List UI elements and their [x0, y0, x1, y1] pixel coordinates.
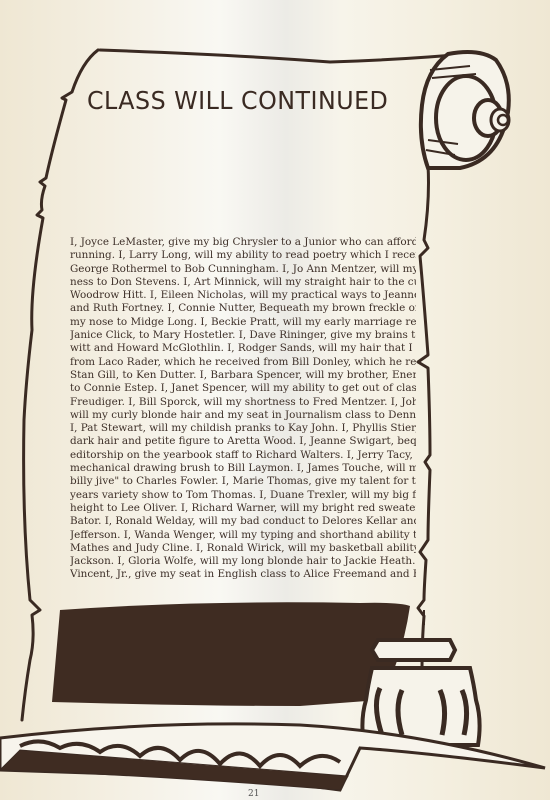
- body-line: dark hair and petite figure to Aretta Wo…: [70, 435, 416, 448]
- body-line: and Ruth Fortney. I, Connie Nutter, Bequ…: [70, 302, 416, 315]
- body-line: I, Joyce LeMaster, give my big Chrysler …: [70, 236, 416, 249]
- body-line: mechanical drawing brush to Bill Laymon.…: [70, 462, 416, 475]
- body-line: running. I, Larry Long, will my ability …: [70, 249, 416, 262]
- scroll-top-edge: [100, 50, 478, 62]
- body-line: my nose to Midge Long. I, Beckie Pratt, …: [70, 316, 416, 329]
- body-line: from Laco Rader, which he received from …: [70, 356, 416, 369]
- body-line: Woodrow Hitt. I, Eileen Nicholas, will m…: [70, 289, 416, 302]
- scroll-roller-icon: [421, 52, 509, 168]
- body-line: Jackson. I, Gloria Wolfe, will my long b…: [70, 555, 416, 568]
- body-line: Jefferson. I, Wanda Wenger, will my typi…: [70, 529, 416, 542]
- page-number: 21: [248, 789, 259, 799]
- body-line: to Connie Estep. I, Janet Spencer, will …: [70, 382, 416, 395]
- body-line: billy jive" to Charles Fowler. I, Marie …: [70, 475, 416, 488]
- body-line: I, Pat Stewart, will my childish pranks …: [70, 422, 416, 435]
- body-line: Mathes and Judy Cline. I, Ronald Wirick,…: [70, 542, 416, 555]
- body-line: will my curly blonde hair and my seat in…: [70, 409, 416, 422]
- body-line: Vincent, Jr., give my seat in English cl…: [70, 568, 416, 581]
- body-line: Janice Click, to Mary Hostetler. I, Dave…: [70, 329, 416, 342]
- body-line: George Rothermel to Bob Cunningham. I, J…: [70, 263, 416, 276]
- body-line: years variety show to Tom Thomas. I, Dua…: [70, 489, 416, 502]
- body-line: ness to Don Stevens. I, Art Minnick, wil…: [70, 276, 416, 289]
- ink-blot-shape: [52, 602, 410, 706]
- body-line: Stan Gill, to Ken Dutter. I, Barbara Spe…: [70, 369, 416, 382]
- scroll-right-edge: [418, 165, 430, 672]
- body-line: Freudiger. I, Bill Sporck, will my short…: [70, 396, 416, 409]
- body-line: height to Lee Oliver. I, Richard Warner,…: [70, 502, 416, 515]
- class-will-body: I, Joyce LeMaster, give my big Chrysler …: [70, 236, 416, 582]
- body-line: witt and Howard McGlothlin. I, Rodger Sa…: [70, 342, 416, 355]
- page-title: CLASS WILL CONTINUED: [87, 86, 388, 115]
- body-line: editorship on the yearbook staff to Rich…: [70, 449, 416, 462]
- body-line: Bator. I, Ronald Welday, will my bad con…: [70, 515, 416, 528]
